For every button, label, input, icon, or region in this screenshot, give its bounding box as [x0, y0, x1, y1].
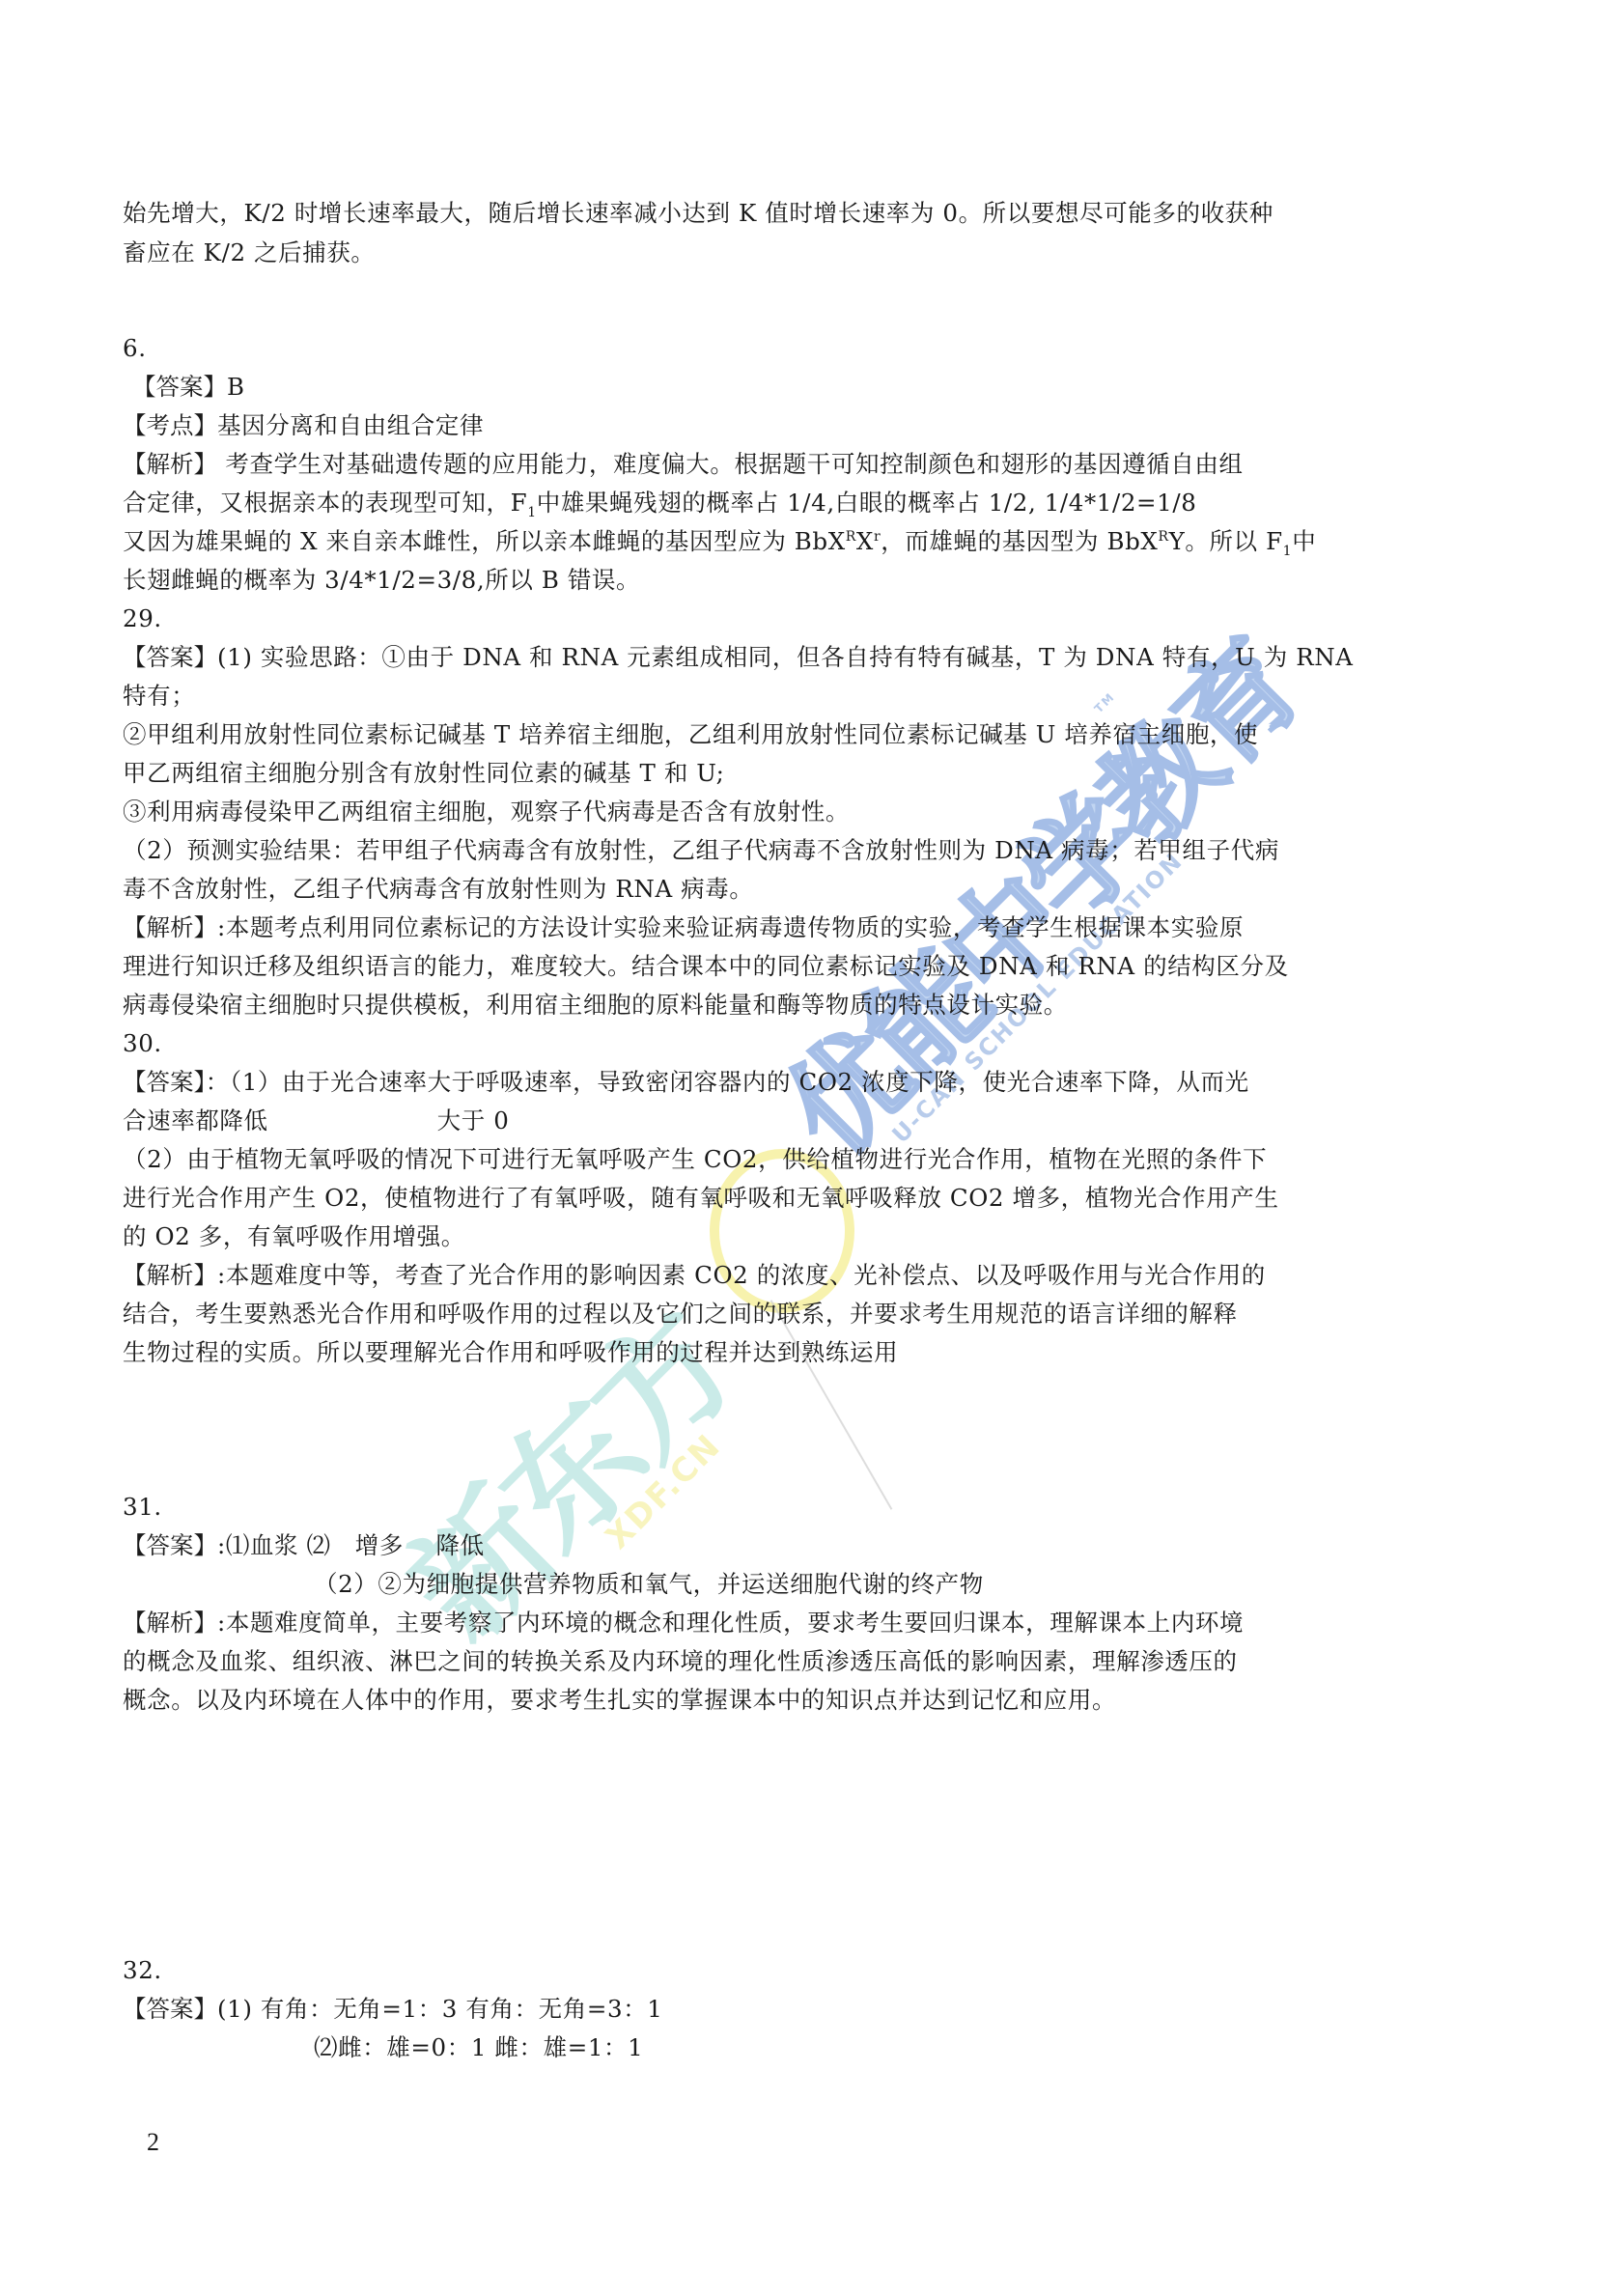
text-line: 合定律，又根据亲本的表现型可知，F1中雄果蝇残翅的概率占 1/4,白眼的概率占 …	[123, 489, 1196, 518]
answer-value: B	[227, 373, 245, 401]
text-line: 生物过程的实质。所以要理解光合作用和呼吸作用的过程并达到熟练运用	[123, 1338, 898, 1367]
text-line: 长翅雌蝇的概率为 3/4*1/2=3/8,所以 B 错误。	[123, 566, 640, 595]
watermark-secondary-en: XDF.CN	[599, 1426, 729, 1556]
text-span: X	[856, 527, 874, 555]
answer-text: :⑴血浆 ⑵ 增多 降低	[217, 1531, 485, 1559]
answer-tag: 【答案】	[123, 643, 217, 671]
question-number: 30.	[123, 1029, 162, 1058]
watermark-tm: TM	[1092, 689, 1118, 715]
question-number: 31.	[123, 1493, 162, 1522]
text-line: 畜应在 K/2 之后捕获。	[123, 238, 376, 267]
analysis-text: 考查学生对基础遗传题的应用能力，难度偏大。根据题干可知控制颜色和翅形的基因遵循自…	[217, 450, 1244, 478]
text-line: ⑵雌：雄=0：1 雌：雄=1：1	[314, 2033, 643, 2062]
watermark-brand-cn: 优能中学教育	[743, 601, 1328, 1185]
text-span: 合速率都降低	[123, 1106, 268, 1134]
analysis-tag: 【解析】	[123, 1261, 217, 1289]
answer-tag: 【答案】	[123, 1531, 217, 1559]
answer-text: (1) 实验思路：①由于 DNA 和 RNA 元素组成相同，但各自持有特有碱基，…	[217, 643, 1354, 671]
text-line: 的 O2 多，有氧呼吸作用增强。	[123, 1222, 465, 1251]
answer-tag: 【答案】	[132, 373, 227, 401]
answer-line: 【答案】：（1）由于光合速率大于呼吸速率，导致密闭容器内的 CO2 浓度下降，使…	[123, 1068, 1249, 1097]
text-line: 的概念及血浆、组织液、淋巴之间的转换关系及内环境的理化性质渗透压高低的影响因素，…	[123, 1647, 1238, 1676]
point-line: 【考点】基因分离和自由组合定律	[123, 411, 484, 440]
text-span: 合定律，又根据亲本的表现型可知，F	[123, 489, 527, 517]
text-line: 进行光合作用产生 O2，使植物进行了有氧呼吸，随有氧呼吸和无氧呼吸释放 CO2 …	[123, 1184, 1279, 1213]
analysis-line: 【解析】:本题难度简单，主要考察了内环境的概念和理化性质，要求考生要回归课本，理…	[123, 1609, 1244, 1638]
subscript: 1	[527, 505, 537, 520]
analysis-text: :本题难度中等，考查了光合作用的影响因素 CO2 的浓度、光补偿点、以及呼吸作用…	[217, 1261, 1266, 1289]
text-span: ，而雄蝇的基因型为 BbX	[881, 527, 1158, 555]
superscript: R	[846, 529, 856, 545]
text-line: 病毒侵染宿主细胞时只提供模板，利用宿主细胞的原料能量和酶等物质的特点设计实验。	[123, 991, 1068, 1020]
text-line: （2）②为细胞提供营养物质和氧气，并运送细胞代谢的终产物	[314, 1570, 984, 1599]
text-line: 结合，考生要熟悉光合作用和呼吸作用的过程以及它们之间的联系，并要求考生用规范的语…	[123, 1300, 1238, 1329]
analysis-tag: 【解析】	[123, 1609, 217, 1637]
analysis-line: 【解析】:本题考点利用同位素标记的方法设计实验来验证病毒遗传物质的实验，考查学生…	[123, 913, 1244, 942]
text-line: 始先增大，K/2 时增长速率最大，随后增长速率减小达到 K 值时增长速率为 0。…	[123, 199, 1273, 228]
superscript: R	[1158, 529, 1168, 545]
point-value: 基因分离和自由组合定律	[217, 411, 484, 439]
document-page: 优能中学教育 U-CAN SCHOOL EDUCATION TM 新东方 XDF…	[0, 0, 1623, 2296]
question-number: 29.	[123, 604, 162, 633]
analysis-tag: 【解析】	[123, 913, 217, 941]
text-line: 合速率都降低大于 0	[123, 1106, 509, 1135]
text-line: 理进行知识迁移及组织语言的能力，难度较大。结合课本中的同位素标记实验及 DNA …	[123, 952, 1289, 981]
text-span: 中	[1292, 527, 1316, 555]
answer-line: 【答案】(1) 有角：无角=1：3 有角：无角=3：1	[123, 1995, 663, 2024]
question-number: 32.	[123, 1956, 162, 1985]
text-line: ③利用病毒侵染甲乙两组宿主细胞，观察子代病毒是否含有放射性。	[123, 798, 850, 826]
analysis-line: 【解析】 考查学生对基础遗传题的应用能力，难度偏大。根据题干可知控制颜色和翅形的…	[123, 450, 1244, 479]
analysis-tag: 【解析】	[123, 450, 217, 478]
text-span: 大于 0	[437, 1106, 510, 1134]
subscript: 1	[1283, 544, 1293, 559]
answer-line: 【答案】:⑴血浆 ⑵ 增多 降低	[123, 1531, 485, 1560]
answer-text: (1) 有角：无角=1：3 有角：无角=3：1	[217, 1995, 663, 2023]
text-line: ②甲组利用放射性同位素标记碱基 T 培养宿主细胞，乙组利用放射性同位素标记碱基 …	[123, 720, 1258, 749]
analysis-line: 【解析】:本题难度中等，考查了光合作用的影响因素 CO2 的浓度、光补偿点、以及…	[123, 1261, 1266, 1290]
text-line: 概念。以及内环境在人体中的作用，要求考生扎实的掌握课本中的知识点并达到记忆和应用…	[123, 1686, 1116, 1715]
text-line: 甲乙两组宿主细胞分别含有放射性同位素的碱基 T 和 U;	[123, 759, 725, 788]
watermark-divider-line	[770, 1300, 893, 1510]
analysis-text: :本题考点利用同位素标记的方法设计实验来验证病毒遗传物质的实验，考查学生根据课本…	[217, 913, 1244, 941]
answer-text: ：（1）由于光合速率大于呼吸速率，导致密闭容器内的 CO2 浓度下降，使光合速率…	[206, 1068, 1249, 1096]
answer-line: 【答案】(1) 实验思路：①由于 DNA 和 RNA 元素组成相同，但各自持有特…	[123, 643, 1354, 672]
text-line: 又因为雄果蝇的 X 来自亲本雌性，所以亲本雌蝇的基因型应为 BbXRXr，而雄蝇…	[123, 527, 1316, 556]
text-line: 毒不含放射性，乙组子代病毒含有放射性则为 RNA 病毒。	[123, 875, 753, 904]
text-span: 中雄果蝇残翅的概率占 1/4,白眼的概率占 1/2, 1/4*1/2=1/8	[537, 489, 1197, 517]
point-tag: 【考点】	[123, 411, 217, 439]
text-line: （2）由于植物无氧呼吸的情况下可进行无氧呼吸产生 CO2，供给植物进行光合作用，…	[123, 1145, 1267, 1174]
question-number: 6.	[123, 334, 147, 363]
answer-tag: 【答案】	[123, 1068, 206, 1096]
text-span: 又因为雄果蝇的 X 来自亲本雌性，所以亲本雌蝇的基因型应为 BbX	[123, 527, 846, 555]
text-line: 特有；	[123, 682, 195, 711]
answer-tag: 【答案】	[123, 1995, 217, 2023]
text-line: （2）预测实验结果：若甲组子代病毒含有放射性，乙组子代病毒不含放射性则为 DNA…	[123, 836, 1279, 865]
answer-line: 【答案】B	[132, 373, 245, 402]
analysis-text: :本题难度简单，主要考察了内环境的概念和理化性质，要求考生要回归课本，理解课本上…	[217, 1609, 1244, 1637]
text-span: Y。所以 F	[1169, 527, 1283, 555]
page-number: 2	[147, 2128, 159, 2157]
